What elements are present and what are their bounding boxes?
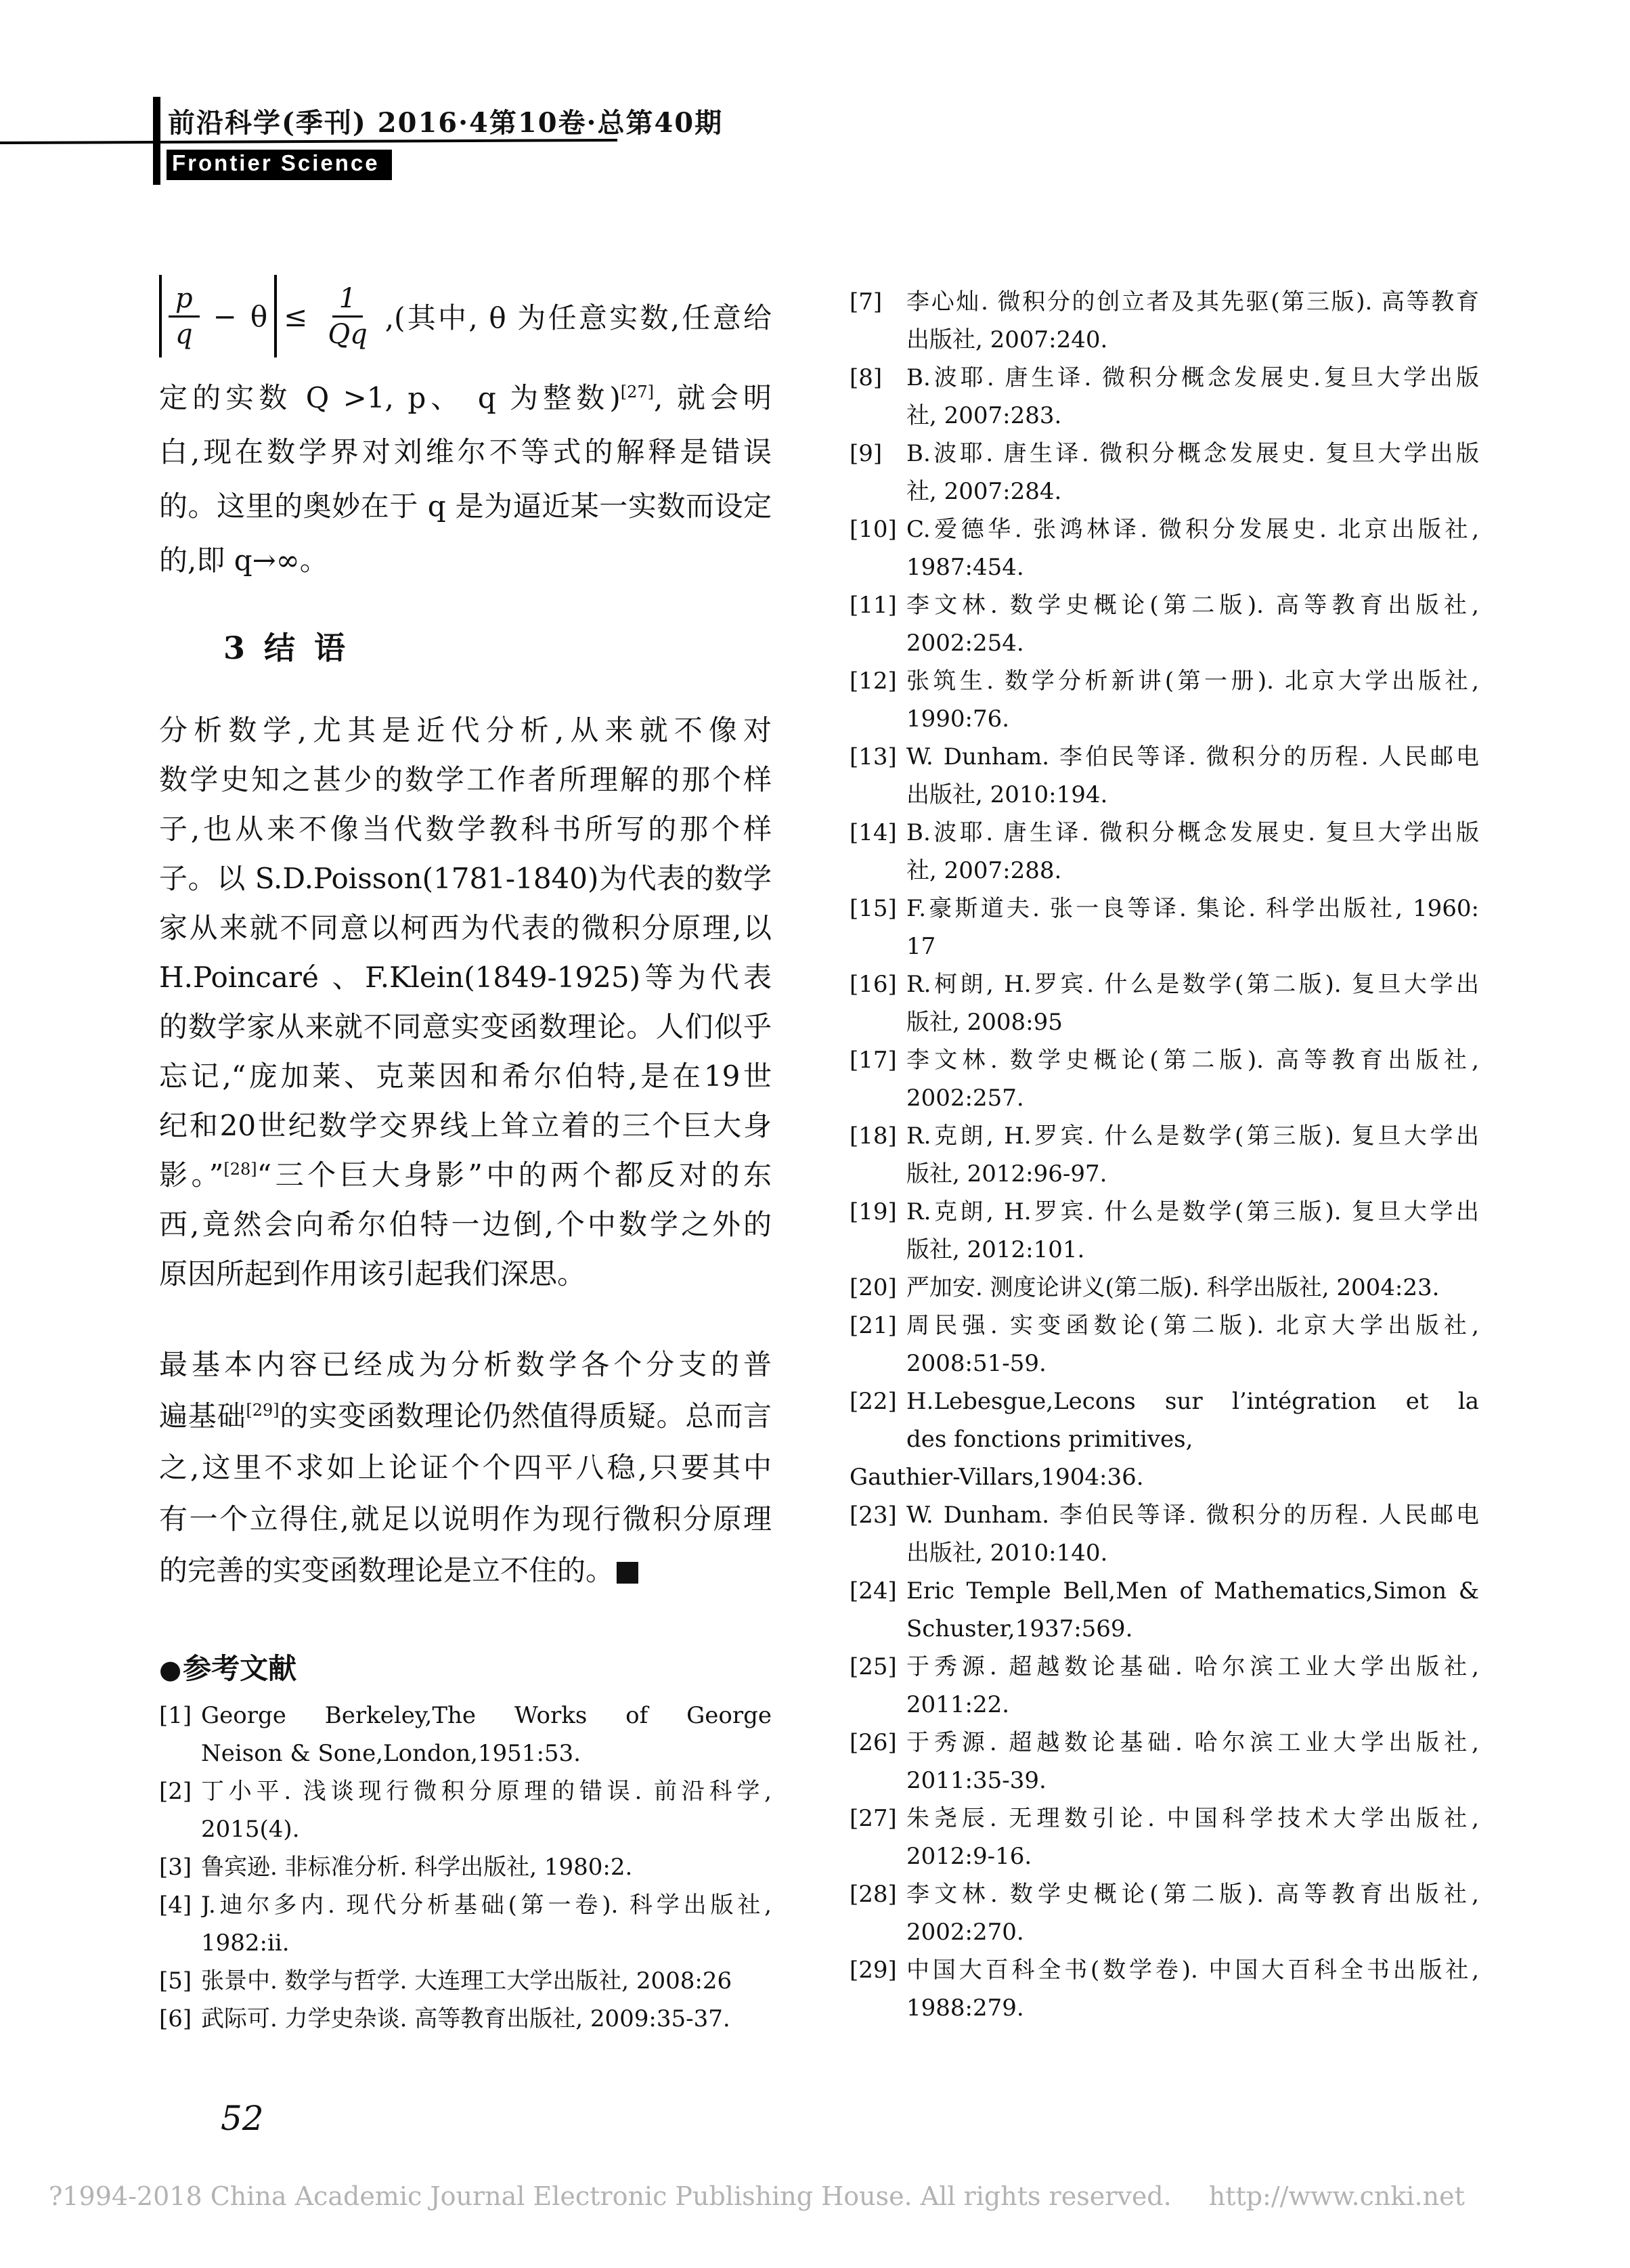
reference-number: [4] bbox=[159, 1886, 201, 1962]
reference-number: [25] bbox=[850, 1648, 906, 1724]
text-line: 子。以 S.D.Poisson(1781-1840)为代表的数学 bbox=[159, 854, 772, 903]
reference-number: [20] bbox=[850, 1269, 906, 1307]
conclusion-paragraph-1: 分析数学,尤其是近代分析,从来就不像对数学史知之甚少的数学工作者所理解的那个样子… bbox=[159, 705, 772, 1299]
reference-line: Schuster,1937:569. bbox=[906, 1610, 1479, 1648]
reference-number: [11] bbox=[850, 586, 906, 662]
reference-line: 2015(4). bbox=[201, 1810, 772, 1848]
fraction-denominator: Qq bbox=[321, 318, 374, 350]
reference-item: [15]F.豪斯道夫. 张一良等译. 集论. 科学出版社, 1960:17 bbox=[850, 890, 1479, 965]
fraction-denominator: q bbox=[169, 318, 200, 350]
citation-superscript: [28] bbox=[223, 1160, 257, 1179]
reference-number: [28] bbox=[850, 1875, 906, 1951]
reference-number: [14] bbox=[850, 814, 906, 890]
reference-number: [21] bbox=[850, 1307, 906, 1382]
reference-line: R.克朗, H.罗宾. 什么是数学(第三版). 复旦大学出 bbox=[906, 1193, 1479, 1231]
reference-line: 1988:279. bbox=[906, 1989, 1479, 2027]
citation-superscript: [29] bbox=[246, 1401, 279, 1420]
reference-line: 张筑生. 数学分析新讲(第一册). 北京大学出版社, bbox=[906, 662, 1479, 700]
conclusion-paragraph-2: 最基本内容已经成为分析数学各个分支的普遍基础[29]的实变函数理论仍然值得质疑。… bbox=[159, 1339, 772, 1596]
reference-item: [24]Eric Temple Bell,Men of Mathematics,… bbox=[850, 1572, 1479, 1648]
reference-number: [7] bbox=[850, 283, 906, 359]
text-segment: 影。” bbox=[159, 1158, 223, 1192]
reference-line: des fonctions primitives, bbox=[906, 1420, 1479, 1458]
reference-item: [22]H.Lebesgue,Lecons sur l’intégration … bbox=[850, 1382, 1479, 1496]
text-segment: “三个巨大身影”中的两个都反对的东 bbox=[257, 1158, 772, 1192]
reference-item: [19]R.克朗, H.罗宾. 什么是数学(第三版). 复旦大学出版社, 201… bbox=[850, 1193, 1479, 1269]
reference-item: [6]武际可. 力学史杂谈. 高等教育出版社, 2009:35-37. bbox=[159, 2000, 772, 2038]
journal-page: 前沿科学(季刊) 2016·4第10卷·总第40期 Frontier Scien… bbox=[0, 0, 1630, 2268]
text-line: 白,现在数学界对刘维尔不等式的解释是错误 bbox=[159, 425, 772, 479]
reference-number: [1] bbox=[159, 1697, 201, 1772]
reference-number: [10] bbox=[850, 510, 906, 586]
reference-item: [13]W. Dunham. 李伯民等译. 微积分的历程. 人民邮电出版社, 2… bbox=[850, 738, 1479, 814]
text-line: 的完善的实变函数理论是立不住的。■ bbox=[159, 1545, 772, 1596]
reference-line: 鲁宾逊. 非标准分析. 科学出版社, 1980:2. bbox=[201, 1848, 772, 1886]
reference-line: B.波耶. 唐生译. 微积分概念发展史.复旦大学出版 bbox=[906, 359, 1479, 397]
fraction-one-over-Qq: 1 Qq bbox=[321, 283, 374, 350]
reference-item: [14]B.波耶. 唐生译. 微积分概念发展史. 复旦大学出版社, 2007:2… bbox=[850, 814, 1479, 890]
leq-operator: ≤ bbox=[284, 300, 307, 333]
reference-number: [24] bbox=[850, 1572, 906, 1648]
reference-number: [18] bbox=[850, 1117, 906, 1193]
reference-line: 出版社, 2010:140. bbox=[906, 1534, 1479, 1572]
text-line: 最基本内容已经成为分析数学各个分支的普 bbox=[159, 1339, 772, 1391]
reference-number: [15] bbox=[850, 890, 906, 965]
inequality-formula: p q − θ ≤ 1 Qq ,(其中, θ 为任意实数,任意给 bbox=[159, 265, 772, 367]
reference-number: [12] bbox=[850, 662, 906, 738]
reference-line: 出版社, 2010:194. bbox=[906, 776, 1479, 814]
minus-operator: − bbox=[213, 300, 237, 333]
text-segment: 的实变函数理论仍然值得质疑。总而言 bbox=[280, 1399, 772, 1433]
reference-line: 2002:257. bbox=[906, 1079, 1479, 1117]
reference-line: B.波耶. 唐生译. 微积分概念发展史. 复旦大学出版 bbox=[906, 814, 1479, 852]
reference-item: [28]李文林. 数学史概论(第二版). 高等教育出版社,2002:270. bbox=[850, 1875, 1479, 1951]
reference-line: 版社, 2012:96-97. bbox=[906, 1155, 1479, 1193]
text-line: 有一个立得住,就足以说明作为现行微积分原理 bbox=[159, 1493, 772, 1545]
reference-item: [23]W. Dunham. 李伯民等译. 微积分的历程. 人民邮电出版社, 2… bbox=[850, 1496, 1479, 1572]
reference-item: [17]李文林. 数学史概论(第二版). 高等教育出版社,2002:257. bbox=[850, 1041, 1479, 1117]
reference-number: [23] bbox=[850, 1496, 906, 1572]
journal-masthead: 前沿科学(季刊) 2016·4第10卷·总第40期 bbox=[168, 102, 723, 140]
reference-item: [29]中国大百科全书(数学卷). 中国大百科全书出版社,1988:279. bbox=[850, 1951, 1479, 2027]
reference-item: [27]朱尧辰. 无理数引论. 中国科学技术大学出版社,2012:9-16. bbox=[850, 1800, 1479, 1875]
reference-number: [19] bbox=[850, 1193, 906, 1269]
text-line: 的,即 q→∞。 bbox=[159, 533, 772, 588]
reference-line: Eric Temple Bell,Men of Mathematics,Simo… bbox=[906, 1572, 1479, 1610]
reference-line: 2008:51-59. bbox=[906, 1345, 1479, 1382]
text-line: 的。这里的奥妙在于 q 是为逼近某一实数而设定 bbox=[159, 479, 772, 533]
reference-line: 李文林. 数学史概论(第二版). 高等教育出版社, bbox=[906, 1041, 1479, 1079]
reference-item: [1]George Berkeley,The Works of George B… bbox=[159, 1697, 772, 1772]
text-segment: 遍基础 bbox=[159, 1399, 246, 1433]
abs-bar-right-icon bbox=[274, 275, 277, 357]
reference-line: 版社, 2008:95 bbox=[906, 1003, 1479, 1041]
formula-trailing-text: ,(其中, θ 为任意实数,任意给 bbox=[385, 296, 772, 336]
reference-number: [6] bbox=[159, 2000, 201, 2038]
reference-item: [3]鲁宾逊. 非标准分析. 科学出版社, 1980:2. bbox=[159, 1848, 772, 1886]
reference-number: [13] bbox=[850, 738, 906, 814]
citation-superscript: [27] bbox=[621, 383, 654, 401]
reference-number: [17] bbox=[850, 1041, 906, 1117]
reference-line: 2011:35-39. bbox=[906, 1762, 1479, 1800]
reference-item: [7]李心灿. 微积分的创立者及其先驱(第三版). 高等教育出版社, 2007:… bbox=[850, 283, 1479, 359]
reference-line: 2011:22. bbox=[906, 1686, 1479, 1724]
reference-line: 李文林. 数学史概论(第二版). 高等教育出版社, bbox=[906, 586, 1479, 624]
copyright-text: ?1994-2018 China Academic Journal Electr… bbox=[49, 2181, 1172, 2211]
reference-line: 2002:270. bbox=[906, 1913, 1479, 1951]
reference-item: [25]于秀源. 超越数论基础. 哈尔滨工业大学出版社,2011:22. bbox=[850, 1648, 1479, 1724]
reference-line: 社, 2007:288. bbox=[906, 852, 1479, 890]
reference-number: [5] bbox=[159, 1962, 201, 2000]
reference-line: 出版社, 2007:240. bbox=[906, 321, 1479, 359]
reference-line: 社, 2007:284. bbox=[906, 473, 1479, 510]
text-line: 家从来就不同意以柯西为代表的微积分原理,以 bbox=[159, 903, 772, 953]
text-line: H.Poincaré 、F.Klein(1849-1925)等为代表 bbox=[159, 953, 772, 1002]
reference-item: [11]李文林. 数学史概论(第二版). 高等教育出版社,2002:254. bbox=[850, 586, 1479, 662]
reference-number: [8] bbox=[850, 359, 906, 435]
journal-banner: Frontier Science bbox=[167, 150, 392, 180]
reference-number: [9] bbox=[850, 435, 906, 510]
reference-line: 张景中. 数学与哲学. 大连理工大学出版社, 2008:26 bbox=[201, 1962, 772, 2000]
reference-item: [9]B.波耶. 唐生译. 微积分概念发展史. 复旦大学出版社, 2007:28… bbox=[850, 435, 1479, 510]
reference-number: [29] bbox=[850, 1951, 906, 2027]
reference-item: [10]C.爱德华. 张鸿林译. 微积分发展史. 北京出版社,1987:454. bbox=[850, 510, 1479, 586]
reference-line: 1982:ii. bbox=[201, 1924, 772, 1962]
references-list-left: [1]George Berkeley,The Works of George B… bbox=[159, 1697, 772, 2038]
reference-line: Neison & Sone,London,1951:53. bbox=[201, 1735, 772, 1772]
bullet-icon: ● bbox=[159, 1654, 181, 1684]
text-segment: 定的实数 Q >1, p、 q 为整数) bbox=[159, 381, 621, 414]
section-heading: 3 结 语 bbox=[223, 624, 349, 668]
text-line: 之,这里不求如上论证个个四平八稳,只要其中 bbox=[159, 1442, 772, 1493]
references-heading: ●参考文献 bbox=[159, 1647, 296, 1687]
reference-line: 李心灿. 微积分的创立者及其先驱(第三版). 高等教育 bbox=[906, 283, 1479, 321]
reference-item: [5]张景中. 数学与哲学. 大连理工大学出版社, 2008:26 bbox=[159, 1962, 772, 2000]
reference-item: [8]B.波耶. 唐生译. 微积分概念发展史.复旦大学出版社, 2007:283… bbox=[850, 359, 1479, 435]
reference-line: W. Dunham. 李伯民等译. 微积分的历程. 人民邮电 bbox=[906, 738, 1479, 776]
text-line: 纪和20世纪数学交界线上耸立着的三个巨大身 bbox=[159, 1101, 772, 1150]
reference-item: [2]丁小平. 浅谈现行微积分原理的错误. 前沿科学,2015(4). bbox=[159, 1772, 772, 1848]
reference-line: 版社, 2012:101. bbox=[906, 1231, 1479, 1269]
text-line: 的数学家从来就不同意实变函数理论。人们似乎 bbox=[159, 1002, 772, 1051]
page-number: 52 bbox=[221, 2099, 264, 2138]
reference-line: F.豪斯道夫. 张一良等译. 集论. 科学出版社, 1960: bbox=[906, 890, 1479, 928]
fraction-numerator: p bbox=[169, 283, 200, 318]
reference-line: B.波耶. 唐生译. 微积分概念发展史. 复旦大学出版 bbox=[906, 435, 1479, 473]
text-line: 原因所起到作用该引起我们深思。 bbox=[159, 1249, 772, 1299]
reference-line: R.克朗, H.罗宾. 什么是数学(第三版). 复旦大学出 bbox=[906, 1117, 1479, 1155]
reference-line: 2002:254. bbox=[906, 624, 1479, 662]
reference-line: H.Lebesgue,Lecons sur l’intégration et l… bbox=[906, 1382, 1479, 1420]
reference-line: 2012:9-16. bbox=[906, 1837, 1479, 1875]
intro-paragraph: 定的实数 Q >1, p、 q 为整数)[27], 就会明白,现在数学界对刘维尔… bbox=[159, 371, 772, 588]
reference-number: [3] bbox=[159, 1848, 201, 1886]
reference-item: [21]周民强. 实变函数论(第二版). 北京大学出版社,2008:51-59. bbox=[850, 1307, 1479, 1382]
reference-line: 朱尧辰. 无理数引论. 中国科学技术大学出版社, bbox=[906, 1800, 1479, 1837]
copyright-line: ?1994-2018 China Academic Journal Electr… bbox=[49, 2181, 1606, 2211]
reference-item: [20]严加安. 测度论讲义(第二版). 科学出版社, 2004:23. bbox=[850, 1269, 1479, 1307]
text-line: 定的实数 Q >1, p、 q 为整数)[27], 就会明 bbox=[159, 371, 772, 425]
reference-line: 李文林. 数学史概论(第二版). 高等教育出版社, bbox=[906, 1875, 1479, 1913]
text-line: 影。”[28]“三个巨大身影”中的两个都反对的东 bbox=[159, 1150, 772, 1200]
references-list-right: [7]李心灿. 微积分的创立者及其先驱(第三版). 高等教育出版社, 2007:… bbox=[850, 283, 1479, 2027]
reference-number: [16] bbox=[850, 965, 906, 1041]
text-line: 子,也从来不像当代数学教科书所写的那个样 bbox=[159, 804, 772, 854]
text-line: 分析数学,尤其是近代分析,从来就不像对 bbox=[159, 705, 772, 755]
text-line: 数学史知之甚少的数学工作者所理解的那个样 bbox=[159, 755, 772, 804]
reference-line: 丁小平. 浅谈现行微积分原理的错误. 前沿科学, bbox=[201, 1772, 772, 1810]
reference-line: 于秀源. 超越数论基础. 哈尔滨工业大学出版社, bbox=[906, 1724, 1479, 1762]
text-line: 西,竟然会向希尔伯特一边倒,个中数学之外的 bbox=[159, 1200, 772, 1249]
reference-item: [16]R.柯朗, H.罗宾. 什么是数学(第二版). 复旦大学出版社, 200… bbox=[850, 965, 1479, 1041]
reference-line: W. Dunham. 李伯民等译. 微积分的历程. 人民邮电 bbox=[906, 1496, 1479, 1534]
references-heading-label: 参考文献 bbox=[183, 1652, 296, 1685]
reference-line: 严加安. 测度论讲义(第二版). 科学出版社, 2004:23. bbox=[906, 1269, 1479, 1307]
text-line: 遍基础[29]的实变函数理论仍然值得质疑。总而言 bbox=[159, 1391, 772, 1442]
abs-bar-left-icon bbox=[159, 275, 162, 357]
reference-line: 1987:454. bbox=[906, 548, 1479, 586]
reference-number: [26] bbox=[850, 1724, 906, 1800]
reference-item: [26]于秀源. 超越数论基础. 哈尔滨工业大学出版社,2011:35-39. bbox=[850, 1724, 1479, 1800]
reference-line: 武际可. 力学史杂谈. 高等教育出版社, 2009:35-37. bbox=[201, 2000, 772, 2038]
reference-line: 周民强. 实变函数论(第二版). 北京大学出版社, bbox=[906, 1307, 1479, 1345]
reference-number: [2] bbox=[159, 1772, 201, 1848]
reference-line: J.迪尔多内. 现代分析基础(第一卷). 科学出版社, bbox=[201, 1886, 772, 1924]
reference-line: 社, 2007:283. bbox=[906, 397, 1479, 435]
reference-line: 17 bbox=[906, 928, 1479, 965]
reference-item: [4]J.迪尔多内. 现代分析基础(第一卷). 科学出版社,1982:ii. bbox=[159, 1886, 772, 1962]
reference-line: George Berkeley,The Works of George Berk… bbox=[201, 1697, 772, 1735]
fraction-numerator: 1 bbox=[332, 283, 363, 318]
text-line: 忘记,“庞加莱、克莱因和希尔伯特,是在19世 bbox=[159, 1051, 772, 1101]
reference-line: 中国大百科全书(数学卷). 中国大百科全书出版社, bbox=[906, 1951, 1479, 1989]
fraction-p-over-q: p q bbox=[169, 283, 200, 350]
reference-line: C.爱德华. 张鸿林译. 微积分发展史. 北京出版社, bbox=[906, 510, 1479, 548]
reference-item: [18]R.克朗, H.罗宾. 什么是数学(第三版). 复旦大学出版社, 201… bbox=[850, 1117, 1479, 1193]
reference-item: [12]张筑生. 数学分析新讲(第一册). 北京大学出版社,1990:76. bbox=[850, 662, 1479, 738]
text-segment: , 就会明 bbox=[654, 381, 772, 414]
reference-line: 1990:76. bbox=[906, 700, 1479, 738]
reference-line: R.柯朗, H.罗宾. 什么是数学(第二版). 复旦大学出 bbox=[906, 965, 1479, 1003]
cnki-url: http://www.cnki.net bbox=[1209, 2181, 1465, 2211]
reference-line: Gauthier-Villars,1904:36. bbox=[850, 1458, 1479, 1496]
reference-line: 于秀源. 超越数论基础. 哈尔滨工业大学出版社, bbox=[906, 1648, 1479, 1686]
theta-symbol: θ bbox=[250, 300, 267, 333]
reference-number: [27] bbox=[850, 1800, 906, 1875]
